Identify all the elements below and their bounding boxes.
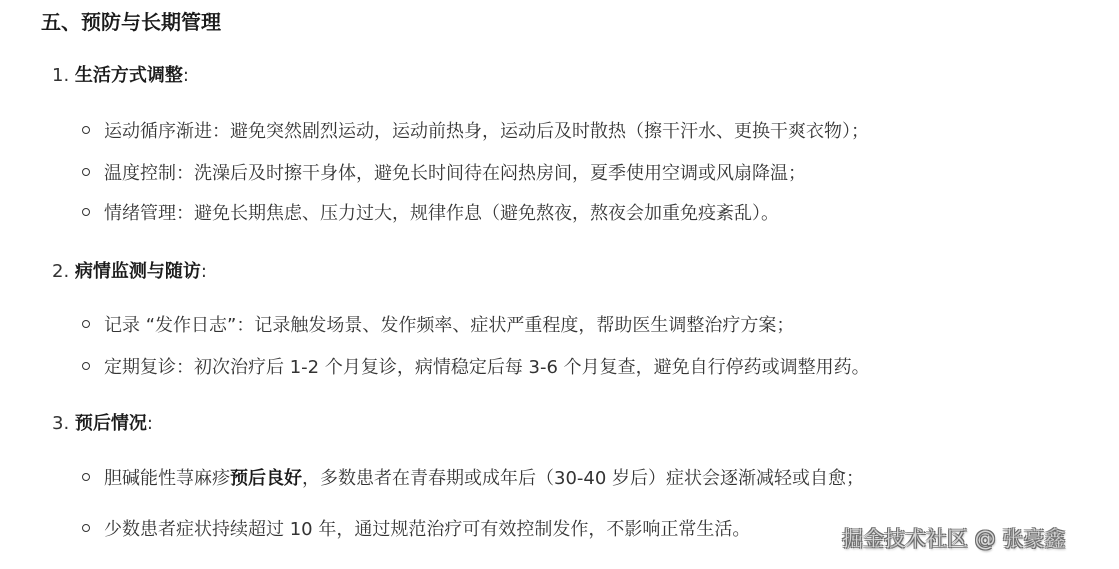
list-number: 3. xyxy=(52,413,69,434)
list-item-lifestyle: 1. 生活方式调整: xyxy=(52,62,189,90)
hollow-circle-bullet-icon xyxy=(82,168,90,176)
list-colon: : xyxy=(147,413,153,434)
bullet-text: 记录 “发作日志”：记录触发场景、发作频率、症状严重程度，帮助医生调整治疗方案； xyxy=(104,315,794,336)
bullet-item: 少数患者症状持续超过 10 年，通过规范治疗可有效控制发作，不影响正常生活。 xyxy=(82,516,750,544)
bullet-item: 温度控制：洗澡后及时擦干身体，避免长时间待在闷热房间，夏季使用空调或风扇降温； xyxy=(82,160,806,188)
bullet-item: 情绪管理：避免长期焦虑、压力过大，规律作息（避免熬夜，熬夜会加重免疫紊乱）。 xyxy=(82,200,779,228)
bullet-text-post: ，多数患者在青春期或成年后（30-40 岁后）症状会逐渐减轻或自愈； xyxy=(302,468,864,489)
hollow-circle-bullet-icon xyxy=(82,473,90,481)
list-heading: 预后情况 xyxy=(75,413,147,434)
hollow-circle-bullet-icon xyxy=(82,320,90,328)
hollow-circle-bullet-icon xyxy=(82,524,90,532)
bullet-text: 少数患者症状持续超过 10 年，通过规范治疗可有效控制发作，不影响正常生活。 xyxy=(104,519,750,540)
hollow-circle-bullet-icon xyxy=(82,208,90,216)
hollow-circle-bullet-icon xyxy=(82,362,90,370)
bullet-text: 定期复诊：初次治疗后 1-2 个月复诊，病情稳定后每 3-6 个月复查，避免自行… xyxy=(104,357,870,378)
bullet-text-bold: 预后良好 xyxy=(230,468,302,489)
bullet-item: 记录 “发作日志”：记录触发场景、发作频率、症状严重程度，帮助医生调整治疗方案； xyxy=(82,312,794,340)
bullet-text: 情绪管理：避免长期焦虑、压力过大，规律作息（避免熬夜，熬夜会加重免疫紊乱）。 xyxy=(104,203,779,224)
bullet-item: 定期复诊：初次治疗后 1-2 个月复诊，病情稳定后每 3-6 个月复查，避免自行… xyxy=(82,354,870,382)
bullet-item: 胆碱能性荨麻疹预后良好，多数患者在青春期或成年后（30-40 岁后）症状会逐渐减… xyxy=(82,465,864,493)
list-number: 2. xyxy=(52,261,69,282)
section-title: 五、预防与长期管理 xyxy=(41,8,221,36)
list-heading: 病情监测与随访 xyxy=(75,261,201,282)
list-item-monitoring: 2. 病情监测与随访: xyxy=(52,258,207,286)
list-number: 1. xyxy=(52,65,69,86)
document: 五、预防与长期管理 1. 生活方式调整: 运动循序渐进：避免突然剧烈运动，运动前… xyxy=(0,0,1119,569)
bullet-text: 运动循序渐进：避免突然剧烈运动，运动前热身，运动后及时散热（擦干汗水、更换干爽衣… xyxy=(104,121,869,142)
bullet-text-pre: 胆碱能性荨麻疹 xyxy=(104,468,230,489)
bullet-text: 温度控制：洗澡后及时擦干身体，避免长时间待在闷热房间，夏季使用空调或风扇降温； xyxy=(104,163,806,184)
list-colon: : xyxy=(201,261,207,282)
watermark: 掘金技术社区 @ 张豪鑫 xyxy=(842,524,1065,554)
list-colon: : xyxy=(183,65,189,86)
bullet-item: 运动循序渐进：避免突然剧烈运动，运动前热身，运动后及时散热（擦干汗水、更换干爽衣… xyxy=(82,118,869,146)
list-item-prognosis: 3. 预后情况: xyxy=(52,410,153,438)
list-heading: 生活方式调整 xyxy=(75,65,183,86)
hollow-circle-bullet-icon xyxy=(82,126,90,134)
